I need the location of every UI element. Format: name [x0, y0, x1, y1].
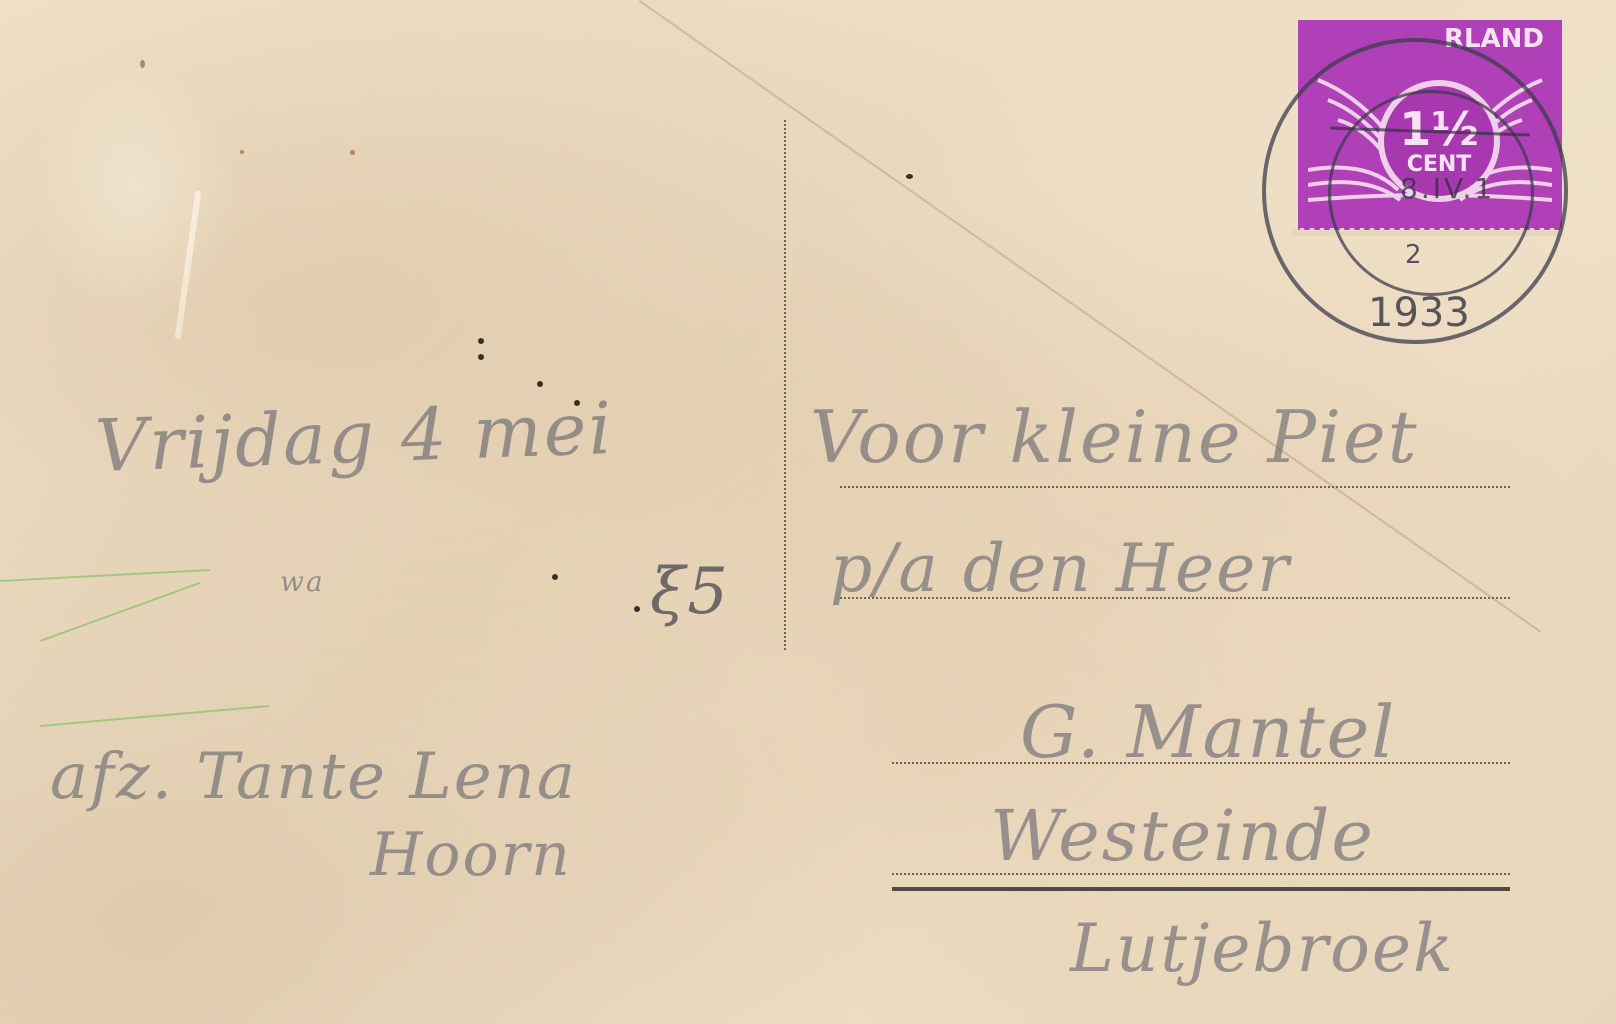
ink-dot: [906, 174, 913, 179]
rust-spot: [140, 60, 145, 68]
postmark-year: 1933: [1368, 290, 1470, 336]
address-line-solid: [892, 887, 1510, 891]
address-name: G. Mantel: [1020, 690, 1396, 774]
vertical-divider: [784, 120, 786, 650]
rust-spot: [240, 150, 244, 154]
address-street: Westeinde: [990, 795, 1375, 877]
green-pencil-mark: [0, 569, 210, 582]
embossed-decoration: [30, 60, 240, 320]
ink-dot: [478, 354, 484, 360]
postcard: Vrijdag 4 mei wa ξ5 afz. Tante Lena Hoor…: [0, 0, 1616, 1024]
address-line-1: [840, 486, 1510, 488]
postmark-number: 2: [1405, 240, 1422, 270]
rust-spot: [350, 150, 355, 155]
sender-line-2: Hoorn: [370, 820, 572, 890]
ink-dot: [634, 606, 640, 612]
scribbled-message: Vrijdag 4 mei: [94, 386, 615, 488]
address-town: Lutjebroek: [1070, 910, 1455, 987]
green-pencil-mark: [40, 582, 200, 642]
ink-dot: [478, 338, 484, 344]
squiggle-mark: ξ5: [650, 555, 730, 629]
address-recipient: Voor kleine Piet: [810, 395, 1419, 479]
ink-dot: [552, 574, 558, 580]
ink-dot: [537, 381, 543, 387]
postmark-date: 8.IV.1: [1400, 172, 1495, 205]
sender-line-1: afz. Tante Lena: [50, 740, 577, 814]
address-care-of: p/a den Heer: [830, 530, 1291, 607]
green-pencil-mark: [40, 705, 269, 727]
small-note: wa: [280, 565, 325, 598]
